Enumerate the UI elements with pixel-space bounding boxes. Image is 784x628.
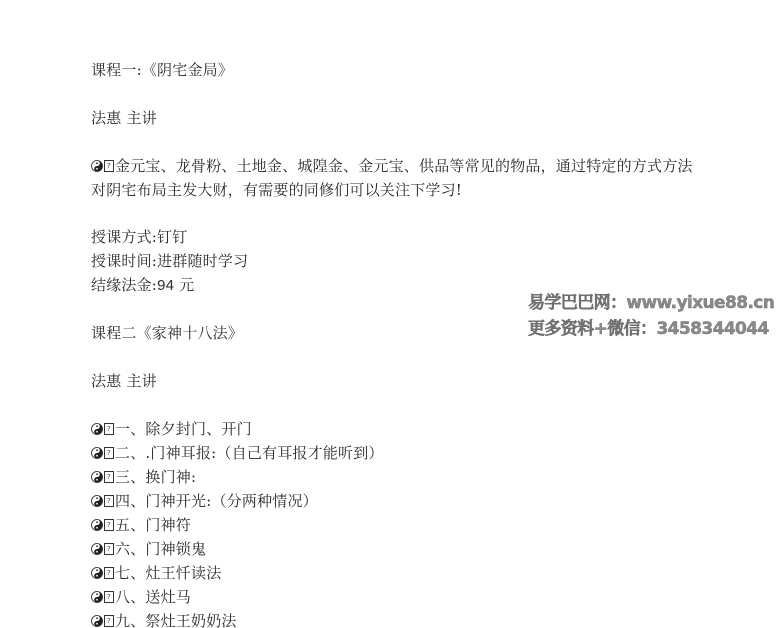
yin-yang-icon	[91, 591, 103, 603]
yin-yang-icon	[91, 447, 103, 459]
fee-amount: 94	[157, 277, 174, 294]
list-item-label: 六、门神锁鬼	[115, 540, 206, 558]
course1-description-line1: ?金元宝、龙骨粉、土地金、城隍金、金元宝、供品等常见的物品，通过特定的方式方法	[91, 156, 693, 176]
course1-time: 授课时间:进群随时学习	[91, 251, 248, 271]
list-item: ?八、送灶马	[91, 587, 191, 607]
course1-description-line2: 对阴宅布局主发大财，有需要的同修们可以关注下学习!	[91, 180, 462, 200]
course2-lecturer: 法惠 主讲	[91, 371, 157, 391]
course2-title: 课程二《家神十八法》	[91, 323, 243, 343]
list-item-label: 二、.门神耳报:（自己有耳报才能听到）	[115, 444, 384, 462]
list-item: ?一、除夕封门、开门	[91, 419, 252, 439]
list-item: ?六、门神锁鬼	[91, 539, 206, 559]
missing-glyph-box-icon: ?	[104, 423, 114, 435]
list-item: ?九、祭灶王奶奶法	[91, 611, 237, 628]
fee-label: 结缘法金:	[91, 276, 157, 294]
yin-yang-icon	[91, 160, 103, 172]
course1-lecturer: 法惠 主讲	[91, 108, 157, 128]
list-item-label: 四、门神开光:（分两种情况）	[115, 492, 318, 510]
yin-yang-icon	[91, 567, 103, 579]
missing-glyph-box-icon: ?	[104, 519, 114, 531]
list-item-label: 三、换门神:	[115, 468, 196, 486]
yin-yang-icon	[91, 615, 103, 627]
list-item: ?三、换门神:	[91, 467, 196, 487]
course1-fee: 结缘法金:94 元	[91, 275, 194, 295]
watermark-contact-line: 更多资料+微信：3458344044	[528, 314, 784, 339]
list-item-label: 五、门神符	[115, 516, 191, 534]
list-item-label: 七、灶王忏读法	[115, 564, 221, 582]
description-text: 金元宝、龙骨粉、土地金、城隍金、金元宝、供品等常见的物品，通过特定的方式方法	[115, 157, 693, 175]
list-item-label: 一、除夕封门、开门	[115, 420, 252, 438]
missing-glyph-box-icon: ?	[104, 615, 114, 627]
list-item: ?五、门神符	[91, 515, 191, 535]
missing-glyph-box-icon: ?	[104, 160, 114, 172]
list-item-label: 九、祭灶王奶奶法	[115, 612, 237, 628]
fee-unit: 元	[174, 276, 194, 294]
missing-glyph-box-icon: ?	[104, 567, 114, 579]
missing-glyph-box-icon: ?	[104, 471, 114, 483]
yin-yang-icon	[91, 471, 103, 483]
yin-yang-icon	[91, 423, 103, 435]
yin-yang-icon	[91, 519, 103, 531]
missing-glyph-box-icon: ?	[104, 543, 114, 555]
course1-method: 授课方式:钉钉	[91, 227, 187, 247]
yin-yang-icon	[91, 543, 103, 555]
missing-glyph-box-icon: ?	[104, 591, 114, 603]
missing-glyph-box-icon: ?	[104, 447, 114, 459]
list-item: ?二、.门神耳报:（自己有耳报才能听到）	[91, 443, 384, 463]
list-item-label: 八、送灶马	[115, 588, 191, 606]
missing-glyph-box-icon: ?	[104, 495, 114, 507]
list-item: ?七、灶王忏读法	[91, 563, 221, 583]
course1-title: 课程一:《阴宅金局》	[91, 60, 233, 80]
watermark-site-line: 易学巴巴网：www.yixue88.cn	[528, 288, 784, 313]
yin-yang-icon	[91, 495, 103, 507]
list-item: ?四、门神开光:（分两种情况）	[91, 491, 318, 511]
